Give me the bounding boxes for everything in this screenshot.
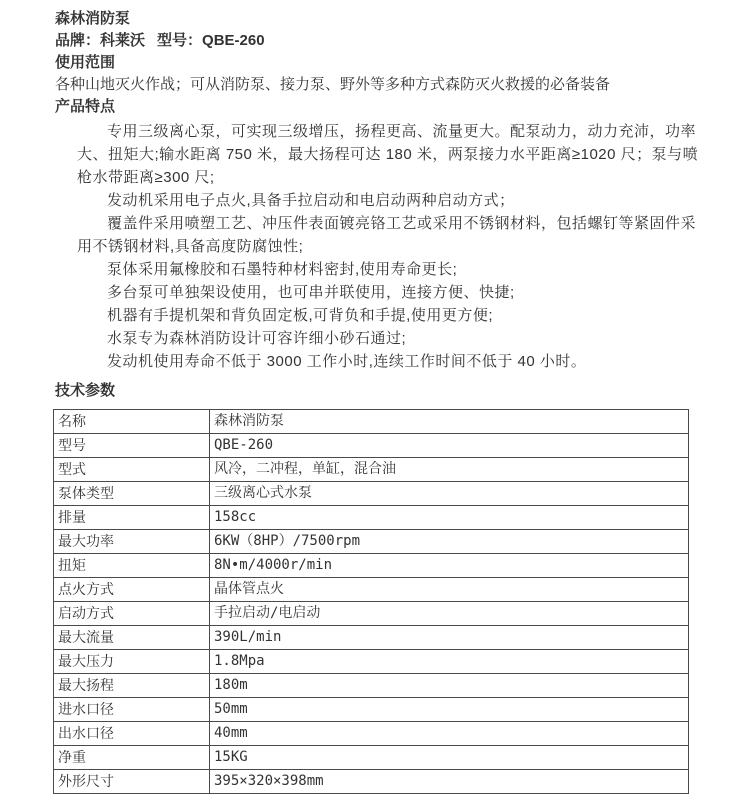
brand-value: 科莱沃 <box>100 32 145 49</box>
spec-row: 出水口径 40mm <box>54 722 689 746</box>
section-heading-usage: 使用范围 <box>55 52 710 74</box>
feature-paragraph: 水泵专为森林消防设计可容许细小砂石通过; <box>77 327 710 350</box>
specs-table: 名称 森林消防泵 型号 QBE-260 型式 风冷，二冲程，单缸，混合油 泵体类… <box>53 409 689 794</box>
brand-label: 品牌： <box>55 32 100 49</box>
spec-label-cell: 启动方式 <box>54 602 210 626</box>
feature-paragraph: 发动机使用寿命不低于 3000 工作小时,连续工作时间不低于 40 小时。 <box>77 350 710 373</box>
spec-value-cell: 40mm <box>210 722 689 746</box>
spec-row: 型式 风冷，二冲程，单缸，混合油 <box>54 458 689 482</box>
model-label: 型号： <box>157 32 202 49</box>
product-spec-document: 森林消防泵 品牌：科莱沃型号：QBE-260 使用范围 各种山地灭火作战；可从消… <box>0 0 750 811</box>
spec-value-cell: 三级离心式水泵 <box>210 482 689 506</box>
spec-value-cell: 395×320×398mm <box>210 770 689 794</box>
spec-row: 最大功率 6KW（8HP）/7500rpm <box>54 530 689 554</box>
spec-row: 进水口径 50mm <box>54 698 689 722</box>
spec-label-cell: 泵体类型 <box>54 482 210 506</box>
spec-value-cell: QBE-260 <box>210 434 689 458</box>
spec-value-cell: 6KW（8HP）/7500rpm <box>210 530 689 554</box>
spec-label-cell: 最大扬程 <box>54 674 210 698</box>
spec-value-cell: 158cc <box>210 506 689 530</box>
brand-model-line: 品牌：科莱沃型号：QBE-260 <box>55 30 710 52</box>
spec-row: 名称 森林消防泵 <box>54 410 689 434</box>
spec-row: 净重 15KG <box>54 746 689 770</box>
spec-label-cell: 排量 <box>54 506 210 530</box>
spec-value-cell: 森林消防泵 <box>210 410 689 434</box>
feature-paragraph: 多台泵可单独架设使用，也可串并联使用，连接方便、快捷; <box>77 281 710 304</box>
spec-row: 扭矩 8N•m/4000r/min <box>54 554 689 578</box>
spec-row: 最大扬程 180m <box>54 674 689 698</box>
spec-value-cell: 手拉启动/电启动 <box>210 602 689 626</box>
spec-row: 点火方式 晶体管点火 <box>54 578 689 602</box>
spec-row: 外形尺寸 395×320×398mm <box>54 770 689 794</box>
section-heading-features: 产品特点 <box>55 96 710 118</box>
spec-label-cell: 最大流量 <box>54 626 210 650</box>
usage-text: 各种山地灭火作战；可从消防泵、接力泵、野外等多种方式森防灭火救援的必备装备 <box>55 74 710 96</box>
spec-label-cell: 进水口径 <box>54 698 210 722</box>
feature-paragraph: 专用三级离心泵，可实现三级增压，扬程更高、流量更大。配泵动力，动力充沛，功率大、… <box>77 120 710 189</box>
spec-label-cell: 型号 <box>54 434 210 458</box>
spec-row: 最大流量 390L/min <box>54 626 689 650</box>
spec-row: 型号 QBE-260 <box>54 434 689 458</box>
feature-paragraph: 机器有手提机架和背负固定板,可背负和手提,使用更方便; <box>77 304 710 327</box>
specs-table-body: 名称 森林消防泵 型号 QBE-260 型式 风冷，二冲程，单缸，混合油 泵体类… <box>54 410 689 794</box>
spec-value-cell: 15KG <box>210 746 689 770</box>
feature-paragraph: 发动机采用电子点火,具备手拉启动和电启动两种启动方式； <box>77 189 710 212</box>
spec-label-cell: 点火方式 <box>54 578 210 602</box>
features-list: 专用三级离心泵，可实现三级增压，扬程更高、流量更大。配泵动力，动力充沛，功率大、… <box>77 120 710 373</box>
spec-label-cell: 型式 <box>54 458 210 482</box>
spec-value-cell: 风冷，二冲程，单缸，混合油 <box>210 458 689 482</box>
spec-label-cell: 最大压力 <box>54 650 210 674</box>
spec-row: 泵体类型 三级离心式水泵 <box>54 482 689 506</box>
spec-row: 最大压力 1.8Mpa <box>54 650 689 674</box>
spec-value-cell: 50mm <box>210 698 689 722</box>
spec-value-cell: 晶体管点火 <box>210 578 689 602</box>
spec-label-cell: 出水口径 <box>54 722 210 746</box>
spec-value-cell: 390L/min <box>210 626 689 650</box>
spec-label-cell: 最大功率 <box>54 530 210 554</box>
spec-label-cell: 名称 <box>54 410 210 434</box>
page-title: 森林消防泵 <box>55 8 710 30</box>
section-heading-specs: 技术参数 <box>55 380 710 402</box>
feature-paragraph: 覆盖件采用喷塑工艺、冲压件表面镀亮铬工艺或采用不锈钢材料，包括螺钉等紧固件采用不… <box>77 212 710 258</box>
spec-label-cell: 净重 <box>54 746 210 770</box>
spec-value-cell: 180m <box>210 674 689 698</box>
spec-row: 排量 158cc <box>54 506 689 530</box>
spec-value-cell: 8N•m/4000r/min <box>210 554 689 578</box>
spec-label-cell: 外形尺寸 <box>54 770 210 794</box>
spec-label-cell: 扭矩 <box>54 554 210 578</box>
spec-value-cell: 1.8Mpa <box>210 650 689 674</box>
model-value: QBE-260 <box>202 32 265 49</box>
spec-row: 启动方式 手拉启动/电启动 <box>54 602 689 626</box>
feature-paragraph: 泵体采用氟橡胶和石墨特种材料密封,使用寿命更长; <box>77 258 710 281</box>
